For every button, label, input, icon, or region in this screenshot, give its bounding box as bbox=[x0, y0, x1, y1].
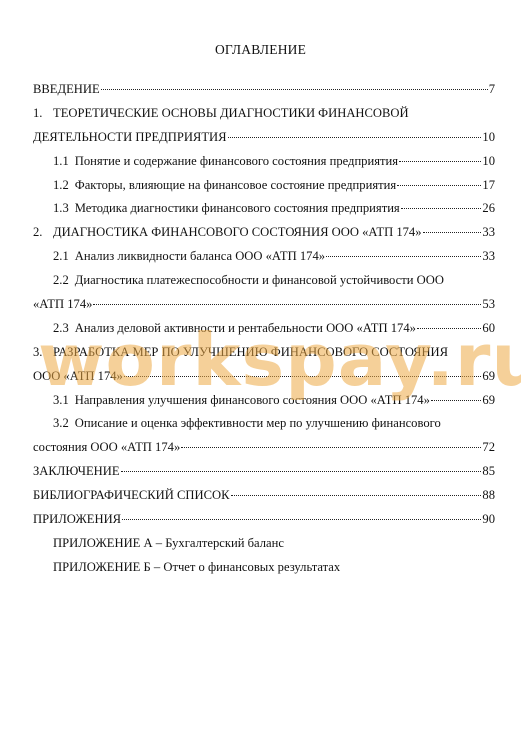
toc-entry-title: «АТП 174» bbox=[33, 293, 92, 317]
toc-entry[interactable]: ПРИЛОЖЕНИЯ90 bbox=[33, 508, 495, 532]
toc-entry-title: ООО «АТП 174» bbox=[33, 365, 123, 389]
toc-entry-title: Методика диагностики финансового состоян… bbox=[75, 197, 400, 221]
toc-entry[interactable]: ПРИЛОЖЕНИЕ А – Бухгалтерский баланс bbox=[33, 532, 495, 556]
document-page: ОГЛАВЛЕНИЕ ВВЕДЕНИЕ71.ТЕОРЕТИЧЕСКИЕ ОСНО… bbox=[0, 0, 521, 742]
toc-entry-title: Описание и оценка эффективности мер по у… bbox=[75, 412, 441, 436]
toc-entry-title: Анализ ликвидности баланса ООО «АТП 174» bbox=[75, 245, 325, 269]
toc-entry[interactable]: 1.1Понятие и содержание финансового сост… bbox=[33, 150, 495, 174]
toc-entry[interactable]: 3.РАЗРАБОТКА МЕР ПО УЛУЧШЕНИЮ ФИНАНСОВОГ… bbox=[33, 341, 495, 365]
toc-entry[interactable]: 2.2Диагностика платежеспособности и фина… bbox=[33, 269, 495, 293]
toc-entry[interactable]: 2.ДИАГНОСТИКА ФИНАНСОВОГО СОСТОЯНИЯ ООО … bbox=[33, 221, 495, 245]
toc-page-number: 53 bbox=[482, 293, 495, 317]
toc-entry-title: Анализ деловой активности и рентабельнос… bbox=[75, 317, 416, 341]
dot-leader bbox=[326, 246, 481, 257]
toc-entry[interactable]: БИБЛИОГРАФИЧЕСКИЙ СПИСОК88 bbox=[33, 484, 495, 508]
dot-leader bbox=[124, 366, 482, 377]
toc-page-number: 85 bbox=[482, 460, 495, 484]
toc-entry-number: 2.1 bbox=[53, 245, 69, 269]
toc-entry-title: Диагностика платежеспособности и финансо… bbox=[75, 269, 444, 293]
toc-entry-number: 3.1 bbox=[53, 389, 69, 413]
toc-entry-title: ДИАГНОСТИКА ФИНАНСОВОГО СОСТОЯНИЯ ООО «А… bbox=[53, 221, 422, 245]
toc-entry[interactable]: ДЕЯТЕЛЬНОСТИ ПРЕДПРИЯТИЯ10 bbox=[33, 126, 495, 150]
dot-leader bbox=[417, 318, 481, 329]
toc-page-number: 7 bbox=[489, 78, 495, 102]
toc-entry-title: ЗАКЛЮЧЕНИЕ bbox=[33, 460, 120, 484]
dot-leader bbox=[431, 390, 482, 401]
toc-title: ОГЛАВЛЕНИЕ bbox=[0, 42, 521, 58]
toc-page-number: 90 bbox=[482, 508, 495, 532]
toc-entry-title: ПРИЛОЖЕНИЕ А – Бухгалтерский баланс bbox=[53, 532, 284, 556]
toc-entry[interactable]: 3.1Направления улучшения финансового сос… bbox=[33, 389, 495, 413]
toc-entry-number: 1.3 bbox=[53, 197, 69, 221]
toc-page-number: 33 bbox=[482, 221, 495, 245]
dot-leader bbox=[397, 175, 481, 186]
toc-entry[interactable]: состояния ООО «АТП 174»72 bbox=[33, 436, 495, 460]
toc-entry-number: 3. bbox=[33, 341, 53, 365]
toc-entry-title: ПРИЛОЖЕНИЕ Б – Отчет о финансовых резуль… bbox=[53, 556, 340, 580]
toc-entry-title: ПРИЛОЖЕНИЯ bbox=[33, 508, 121, 532]
toc-entry[interactable]: 3.2Описание и оценка эффективности мер п… bbox=[33, 412, 495, 436]
toc-entry-title: Понятие и содержание финансового состоян… bbox=[75, 150, 398, 174]
dot-leader bbox=[101, 79, 488, 90]
toc-page-number: 69 bbox=[482, 365, 495, 389]
toc-entry-title: ВВЕДЕНИЕ bbox=[33, 78, 100, 102]
toc-page-number: 72 bbox=[482, 436, 495, 460]
toc-page-number: 33 bbox=[482, 245, 495, 269]
toc-entry-title: состояния ООО «АТП 174» bbox=[33, 436, 180, 460]
toc-page-number: 26 bbox=[482, 197, 495, 221]
dot-leader bbox=[121, 461, 482, 472]
toc-entry-number: 2. bbox=[33, 221, 53, 245]
toc-entry-title: Направления улучшения финансового состоя… bbox=[75, 389, 430, 413]
toc-page-number: 10 bbox=[482, 126, 495, 150]
toc-page-number: 10 bbox=[482, 150, 495, 174]
dot-leader bbox=[231, 485, 482, 496]
toc-entry[interactable]: 2.1Анализ ликвидности баланса ООО «АТП 1… bbox=[33, 245, 495, 269]
dot-leader bbox=[401, 198, 482, 209]
toc-page-number: 17 bbox=[482, 174, 495, 198]
toc-entry[interactable]: ВВЕДЕНИЕ7 bbox=[33, 78, 495, 102]
toc-entry[interactable]: 2.3Анализ деловой активности и рентабель… bbox=[33, 317, 495, 341]
toc-entry[interactable]: 1.3Методика диагностики финансового сост… bbox=[33, 197, 495, 221]
toc-entry[interactable]: ЗАКЛЮЧЕНИЕ85 bbox=[33, 460, 495, 484]
toc-page-number: 88 bbox=[482, 484, 495, 508]
toc-page-number: 69 bbox=[482, 389, 495, 413]
dot-leader bbox=[423, 222, 482, 233]
toc-entry-number: 3.2 bbox=[53, 412, 69, 436]
toc-entry-title: БИБЛИОГРАФИЧЕСКИЙ СПИСОК bbox=[33, 484, 230, 508]
toc-entry-number: 1. bbox=[33, 102, 53, 126]
dot-leader bbox=[228, 127, 482, 138]
toc-entry[interactable]: ПРИЛОЖЕНИЕ Б – Отчет о финансовых резуль… bbox=[33, 556, 495, 580]
toc-entry-title: ТЕОРЕТИЧЕСКИЕ ОСНОВЫ ДИАГНОСТИКИ ФИНАНСО… bbox=[53, 102, 409, 126]
toc-entry-number: 2.3 bbox=[53, 317, 69, 341]
toc-page-number: 60 bbox=[482, 317, 495, 341]
toc-entry-title: ДЕЯТЕЛЬНОСТИ ПРЕДПРИЯТИЯ bbox=[33, 126, 227, 150]
toc-entry-title: РАЗРАБОТКА МЕР ПО УЛУЧШЕНИЮ ФИНАНСОВОГО … bbox=[53, 341, 448, 365]
toc-entry[interactable]: ООО «АТП 174»69 bbox=[33, 365, 495, 389]
toc-entry-number: 2.2 bbox=[53, 269, 69, 293]
toc-entry[interactable]: 1.2Факторы, влияющие на финансовое состо… bbox=[33, 174, 495, 198]
toc-entry[interactable]: «АТП 174»53 bbox=[33, 293, 495, 317]
toc-entry[interactable]: 1.ТЕОРЕТИЧЕСКИЕ ОСНОВЫ ДИАГНОСТИКИ ФИНАН… bbox=[33, 102, 495, 126]
dot-leader bbox=[122, 509, 481, 520]
dot-leader bbox=[181, 437, 481, 448]
dot-leader bbox=[399, 151, 481, 162]
toc-entry-number: 1.1 bbox=[53, 150, 69, 174]
dot-leader bbox=[93, 294, 481, 305]
toc-entry-number: 1.2 bbox=[53, 174, 69, 198]
table-of-contents: ВВЕДЕНИЕ71.ТЕОРЕТИЧЕСКИЕ ОСНОВЫ ДИАГНОСТ… bbox=[33, 78, 495, 580]
toc-entry-title: Факторы, влияющие на финансовое состояни… bbox=[75, 174, 396, 198]
